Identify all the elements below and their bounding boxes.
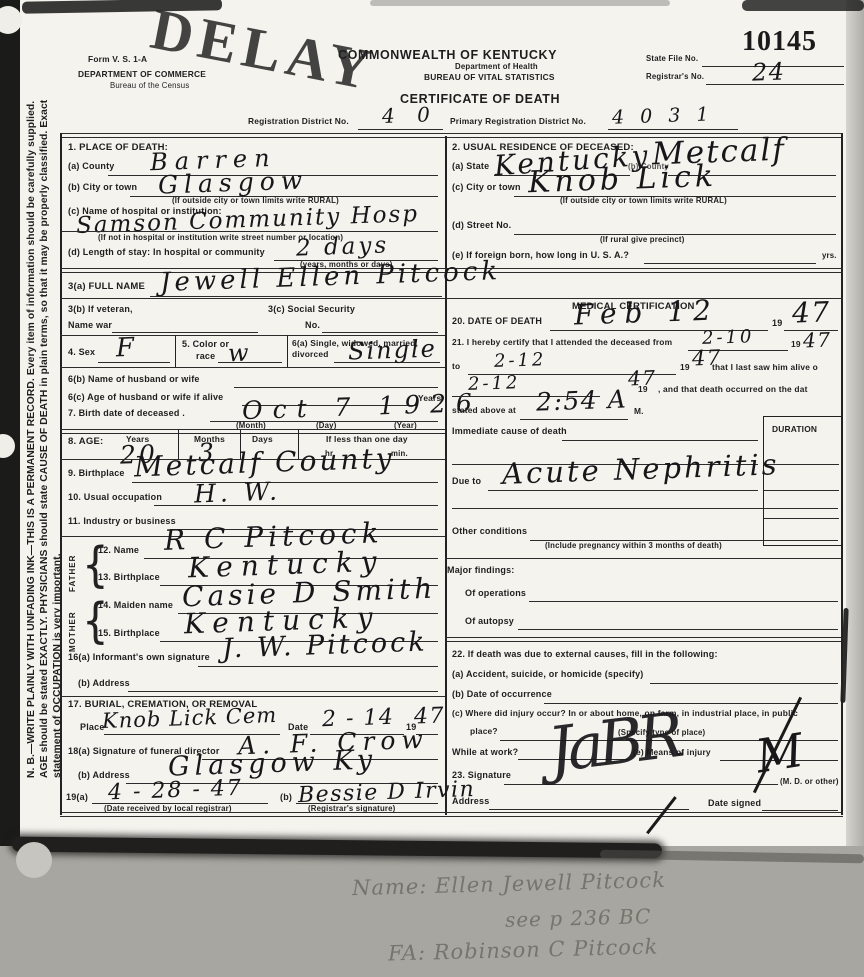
color-race-value: w — [228, 339, 251, 368]
occupation-value: H. W. — [194, 476, 282, 508]
scan-right-margin — [846, 0, 864, 977]
commonwealth-title: COMMONWEALTH OF KENTUCKY — [338, 48, 557, 62]
dod-value: Feb 12 — [573, 293, 719, 331]
mother-name-label: 14. Maiden name — [98, 600, 173, 610]
accident-label: (a) Accident, suicide, or homicide (spec… — [452, 669, 644, 679]
informant-address-label: (b) Address — [78, 678, 130, 688]
m-label: M. — [634, 407, 644, 416]
certify-from-19: 19 — [791, 340, 801, 349]
state-file-number: 10145 — [742, 26, 817, 58]
director-address-label: (b) Address — [78, 770, 130, 780]
operations-line — [529, 601, 838, 602]
punch-hole-bottom — [16, 842, 52, 878]
industry-label: 11. Industry or business — [68, 516, 176, 526]
mother-birthplace-label: 15. Birthplace — [98, 628, 160, 638]
social-security-label: 3(c) Social Security — [268, 304, 355, 314]
father-side-label: FATHER — [68, 555, 77, 592]
physician-signature-scrawl: JaBR — [544, 698, 682, 786]
husband-label: 6(b) Name of husband or wife — [68, 374, 200, 384]
father-name-label: 12. Name — [98, 545, 139, 555]
color-race-label-1: 5. Color or — [182, 339, 229, 349]
occupation-label: 10. Usual occupation — [68, 492, 162, 502]
occurrence-line — [544, 703, 838, 704]
name-war-label: Name war — [68, 320, 112, 330]
res-street-label: (d) Street No. — [452, 220, 511, 230]
color-race-label-2: race — [196, 351, 215, 361]
burial-top — [60, 696, 445, 697]
other-conditions-label: Other conditions — [452, 526, 527, 536]
to-19: 19 — [680, 363, 690, 372]
physician-address-line — [489, 809, 689, 810]
reg-district-value: 4 0 — [382, 102, 439, 128]
scan-left-band — [0, 0, 20, 852]
res-foreign-line — [644, 263, 816, 264]
pod-city-label: (b) City or town — [68, 182, 137, 192]
birthplace-line — [132, 482, 438, 483]
pod-stay-value: 2 days — [296, 232, 390, 261]
informant-value: J. W. Pitcock — [222, 626, 429, 664]
physician-signature-label: 23. Signature — [452, 770, 511, 780]
mother-side-label: MOTHER — [68, 611, 77, 652]
margin-instruction: N. B.—WRITE PLAINLY WITH UNFADING INK—TH… — [25, 86, 65, 778]
form-number: Form V. S. 1-A — [88, 55, 147, 64]
ss-no-label: No. — [305, 320, 320, 330]
duration-label: DURATION — [772, 425, 817, 434]
immediate-cause-line — [562, 440, 758, 441]
pod-city-value: Glasgow — [158, 165, 309, 199]
operations-label: Of operations — [465, 588, 526, 598]
full-name-label: 3(a) FULL NAME — [68, 282, 145, 293]
while-at-work-label: While at work? — [452, 747, 518, 757]
husband-age-label: 6(c) Age of husband or wife if alive — [68, 392, 223, 402]
dod-year-value: 47 — [791, 295, 831, 329]
dept-health-label: Department of Health — [455, 63, 538, 72]
primary-district-line — [608, 129, 738, 130]
birth-date-label: 7. Birth date of deceased . — [68, 408, 185, 418]
to-label: to — [452, 362, 460, 371]
age-label: 8. AGE: — [68, 437, 103, 448]
father-birthplace-label: 13. Birthplace — [98, 572, 160, 582]
cell-divider-sex — [175, 335, 176, 367]
sex-value: F — [115, 333, 136, 364]
veteran-label: 3(b) If veteran, — [68, 304, 133, 314]
res-yrs-label: yrs. — [822, 252, 837, 261]
time-line — [520, 419, 628, 420]
res-state-label: (a) State — [452, 161, 489, 171]
ss-no-line — [322, 332, 438, 333]
certify-label: 21. I hereby certify that I attended the… — [452, 338, 672, 347]
burial-place-label: Place — [80, 722, 105, 732]
md-or-other-note: (M. D. or other) — [780, 778, 839, 787]
primary-district-label: Primary Registration District No. — [450, 117, 586, 126]
date-signed-line — [762, 810, 838, 811]
due-extra-line — [452, 508, 838, 509]
reg-district-line — [358, 129, 443, 130]
date-signed-label: Date signed — [708, 798, 761, 808]
physician-signature-line — [504, 784, 778, 785]
husband-line — [234, 387, 438, 388]
pod-county-label: (a) County — [68, 161, 115, 171]
informant-line — [198, 666, 438, 667]
department-label: DEPARTMENT OF COMMERCE — [78, 70, 206, 79]
burial-place-value: Knob Lick Cem — [102, 703, 278, 733]
registrar-note: (Registrar's signature) — [308, 805, 395, 814]
time-value: 2:54 A — [536, 384, 628, 416]
stated-label: stated above at — [452, 406, 516, 415]
physician-address-label: Address — [452, 796, 489, 806]
last-seen-value: 2-12 — [468, 372, 521, 395]
occurrence-label: (b) Date of occurrence — [452, 689, 552, 699]
full-name-value: Jewell Ellen Pitcock — [160, 256, 502, 298]
row-456-bottom — [60, 367, 445, 368]
last-year: 47 — [628, 366, 657, 391]
primary-district-value: 4 0 3 1 — [612, 103, 714, 129]
res-foreign-label: (e) If foreign born, how long in U. S. A… — [452, 250, 629, 260]
due-to-line — [488, 490, 758, 491]
informant-address-line — [128, 691, 438, 692]
registrars-no-value: 24 — [752, 57, 787, 86]
occurred-label: , and that death occurred on the dat — [658, 385, 808, 394]
dod-19: 19 — [772, 318, 782, 328]
death-certificate-scan: Name: Ellen Jewell Pitcock see p 236 BC … — [0, 0, 864, 977]
dod-label: 20. DATE OF DEATH — [452, 316, 542, 326]
cell-divider-race — [287, 335, 288, 367]
to-value: 2-12 — [494, 349, 547, 372]
age-days-header: Days — [252, 435, 273, 444]
immediate-cause-label: Immediate cause of death — [452, 426, 567, 436]
index-note-page: see p 236 BC — [505, 904, 652, 932]
due-to-value: Acute Nephritis — [501, 447, 780, 491]
received-value: 4 - 28 - 47 — [108, 776, 244, 806]
marital-value: Single — [348, 334, 438, 365]
autopsy-label: Of autopsy — [465, 616, 514, 626]
autopsy-line — [518, 629, 838, 630]
reg-district-label: Registration District No. — [248, 117, 349, 126]
res-precinct-note: (If rural give precinct) — [600, 236, 685, 245]
res-rural-note: (If outside city or town limits write RU… — [560, 197, 727, 206]
injury-where-label-2: place? — [470, 727, 498, 736]
certify-from-year: 47 — [803, 328, 832, 353]
duration-line-3 — [764, 518, 839, 519]
received-note: (Date received by local registrar) — [104, 805, 232, 814]
external-causes-label: 22. If death was due to external causes,… — [452, 649, 718, 659]
registrar-b-label: (b) — [280, 792, 292, 802]
marital-label-2: divorced — [292, 350, 329, 359]
registrars-no-label: Registrar's No. — [646, 73, 704, 82]
external-top — [445, 637, 841, 642]
scan-smudge-top-right — [742, 0, 864, 11]
due-to-label: Due to — [452, 476, 481, 486]
alive-label: that I last saw him alive o — [712, 363, 818, 372]
scan-smudge-top-mid — [370, 0, 670, 6]
birthplace-label: 9. Birthplace — [68, 468, 125, 478]
column-divider — [445, 136, 447, 815]
findings-top — [445, 558, 841, 559]
duration-line-2 — [764, 490, 839, 491]
vital-bureau-label: BUREAU OF VITAL STATISTICS — [424, 73, 555, 82]
sex-label: 4. Sex — [68, 347, 95, 357]
accident-line — [650, 683, 838, 684]
full-name-row-bottom — [60, 298, 843, 299]
state-file-label: State File No. — [646, 55, 698, 64]
pregnancy-note: (Include pregnancy within 3 months of de… — [545, 542, 722, 551]
bureau-label: Bureau of the Census — [110, 82, 189, 91]
pod-stay-label: (d) Length of stay: In hospital or commu… — [68, 247, 265, 257]
received-label: 19(a) — [66, 792, 88, 802]
box-left-border — [60, 133, 62, 815]
res-city-label: (c) City or town — [452, 182, 521, 192]
informant-label: 16(a) Informant's own signature — [68, 652, 210, 662]
res-city-value: Knob Lick — [527, 159, 717, 201]
major-findings-label: Major findings: — [447, 565, 515, 575]
